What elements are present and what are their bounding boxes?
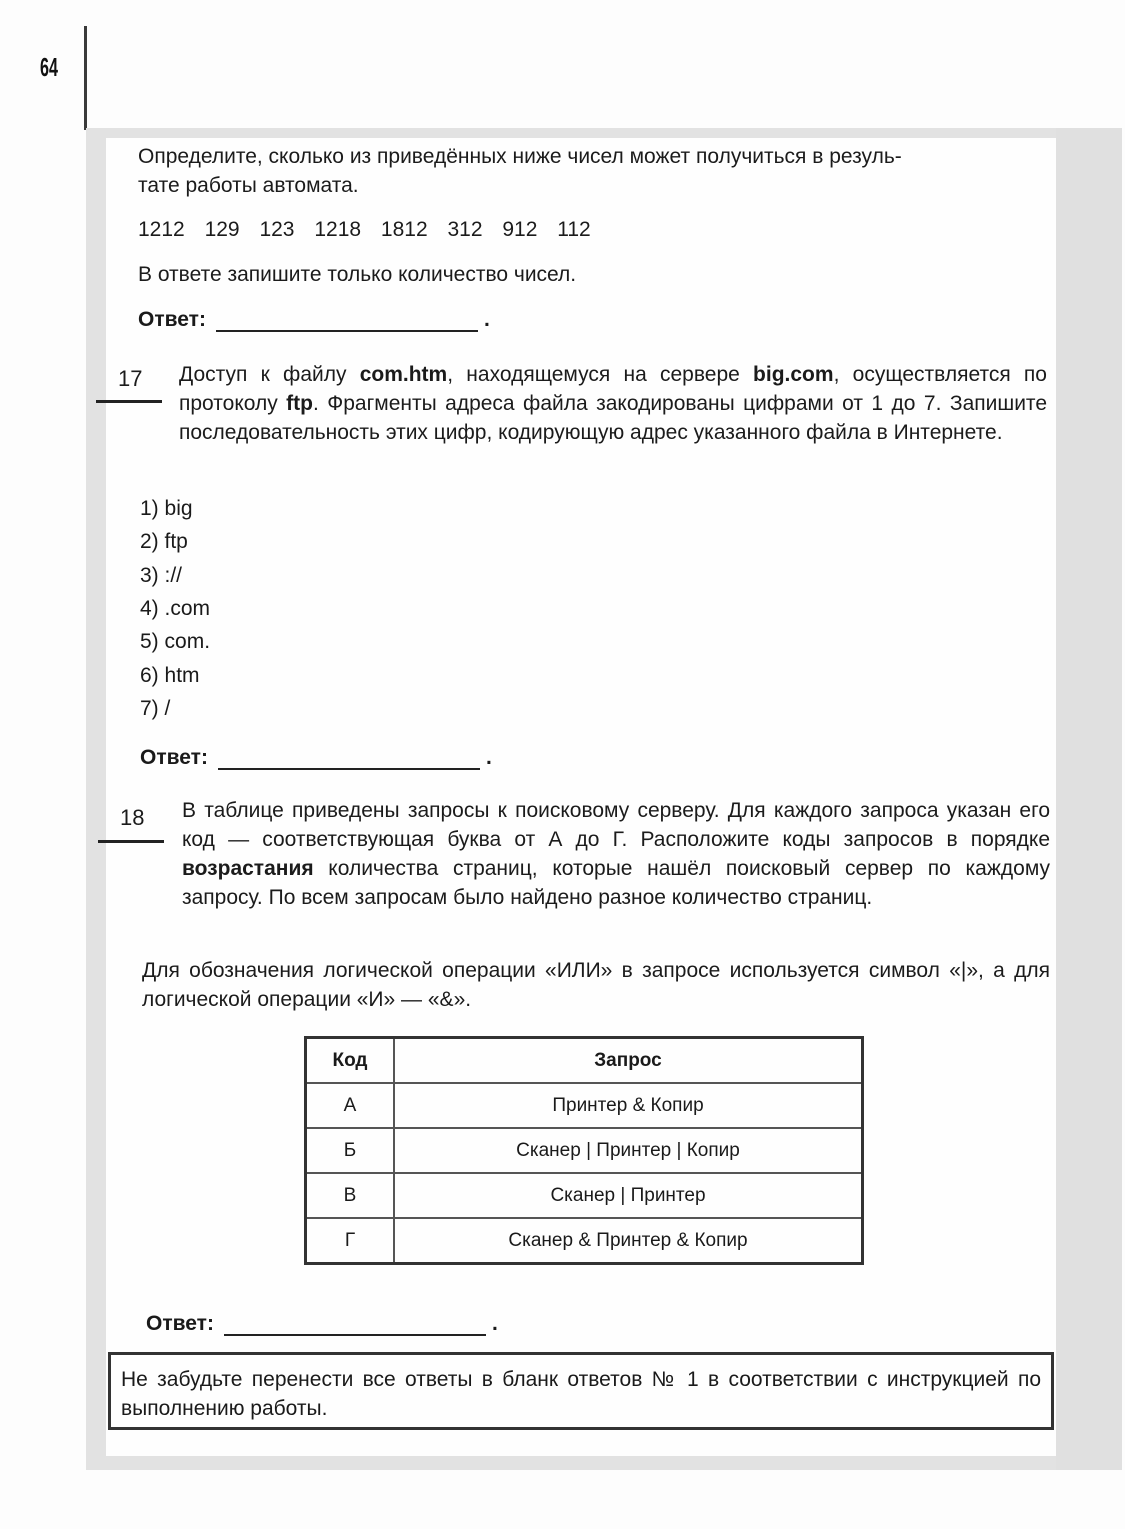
emphasis: com.htm (360, 363, 448, 386)
option-label: ftp (165, 530, 188, 553)
query-text-cell: Сканер | Принтер (394, 1173, 863, 1218)
option-number: 6) (140, 664, 165, 687)
query-text-cell: Принтер & Копир (394, 1083, 863, 1128)
q17-answer-field[interactable] (218, 754, 480, 770)
candidate-number: 912 (502, 218, 537, 241)
query-code-cell: Г (306, 1218, 395, 1264)
option-number: 2) (140, 530, 165, 553)
q17-option: 6) htm (140, 661, 200, 690)
option-number: 5) (140, 630, 165, 653)
q18-note: Для обозначения логической операции «ИЛИ… (142, 956, 1050, 1014)
candidate-number: 1218 (314, 218, 361, 241)
option-label: :// (165, 564, 183, 587)
query-table-header-code: Код (306, 1038, 395, 1084)
q16-intro-line1: Определите, сколько из приведённых ниже … (138, 142, 1038, 171)
candidate-number: 1812 (381, 218, 428, 241)
candidate-number: 129 (205, 218, 240, 241)
q17-option: 4) .com (140, 594, 210, 623)
content-frame-right-band (1056, 128, 1122, 1470)
query-code-cell: А (306, 1083, 395, 1128)
q16-answer-field[interactable] (216, 316, 478, 332)
reminder-box: Не забудьте перенести все ответы в бланк… (108, 1352, 1054, 1430)
option-label: com. (165, 630, 211, 653)
q16-answer-dot: . (484, 308, 490, 332)
q17-option: 1) big (140, 494, 193, 523)
q18-number: 18 (120, 805, 144, 831)
query-table-row: ГСканер & Принтер & Копир (306, 1218, 863, 1264)
q16-instruction: В ответе запишите только количество чисе… (138, 260, 1038, 289)
q18-answer-dot: . (492, 1312, 498, 1336)
q17-answer-row: Ответ: . (140, 746, 492, 770)
q18-answer-label: Ответ: (146, 1312, 214, 1336)
option-label: .com (165, 597, 211, 620)
text-run: В таблице приведены запросы к поисковому… (182, 799, 1050, 851)
candidate-number: 123 (259, 218, 294, 241)
option-number: 1) (140, 497, 165, 520)
query-table-row: ВСканер | Принтер (306, 1173, 863, 1218)
emphasis: возрастания (182, 857, 314, 880)
q16-intro-line2: тате работы автомата. (138, 171, 1038, 200)
option-number: 7) (140, 697, 165, 720)
text-run: , находящемуся на сервере (447, 363, 753, 386)
option-label: / (165, 697, 171, 720)
query-table-row: АПринтер & Копир (306, 1083, 863, 1128)
query-code-cell: Б (306, 1128, 395, 1173)
q17-option: 5) com. (140, 627, 210, 656)
q17-text: Доступ к файлу com.htm, находящемуся на … (179, 360, 1047, 447)
q16-answer-row: Ответ: . (138, 308, 490, 332)
q17-answer-dot: . (486, 746, 492, 770)
option-number: 4) (140, 597, 165, 620)
q17-answer-label: Ответ: (140, 746, 208, 770)
query-text-cell: Сканер | Принтер | Копир (394, 1128, 863, 1173)
candidate-number: 112 (557, 218, 590, 241)
query-table: Код Запрос АПринтер & КопирБСканер | При… (304, 1036, 864, 1265)
q16-number-list: 1212 129 123 1218 1812 312 912 112 (138, 215, 838, 244)
q16-answer-label: Ответ: (138, 308, 206, 332)
query-code-cell: В (306, 1173, 395, 1218)
option-label: htm (165, 664, 200, 687)
q18-answer-field[interactable] (224, 1320, 486, 1336)
option-number: 3) (140, 564, 165, 587)
q18-number-underline (98, 840, 164, 843)
candidate-number: 1212 (138, 218, 185, 241)
query-table-row: БСканер | Принтер | Копир (306, 1128, 863, 1173)
q17-option: 3) :// (140, 561, 182, 590)
page-number: 64 (40, 52, 58, 83)
q18-text: В таблице приведены запросы к поисковому… (182, 796, 1050, 912)
query-table-header-row: Код Запрос (306, 1038, 863, 1084)
q17-number-underline (96, 400, 162, 403)
option-label: big (165, 497, 193, 520)
text-run: Доступ к файлу (179, 363, 360, 386)
q17-option: 2) ftp (140, 527, 188, 556)
emphasis: ftp (286, 392, 313, 415)
q17-option: 7) / (140, 694, 170, 723)
emphasis: big.com (753, 363, 834, 386)
q18-answer-row: Ответ: . (146, 1312, 498, 1336)
query-table-header-query: Запрос (394, 1038, 863, 1084)
q17-number: 17 (118, 366, 142, 392)
query-text-cell: Сканер & Принтер & Копир (394, 1218, 863, 1264)
page-margin-rule (84, 26, 87, 130)
candidate-number: 312 (447, 218, 482, 241)
